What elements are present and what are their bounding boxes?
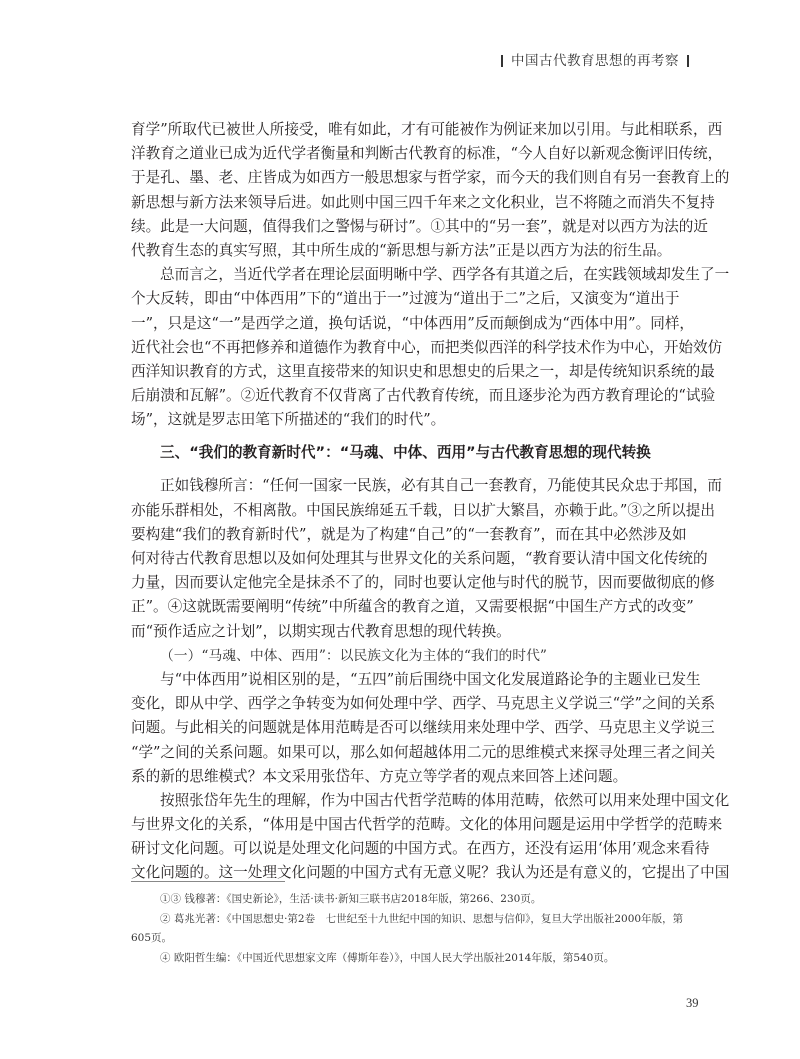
page-number: 39 xyxy=(686,996,699,1011)
text-line: 何对待古代教育思想以及如何处理其与世界文化的关系问题，“教育要认清中国文化传统的 xyxy=(131,547,669,571)
text-line: 而“预作适应之计划”，以期实现古代教育思想的现代转换。 xyxy=(131,620,669,644)
paragraph: 总而言之，当近代学者在理论层面明晰中学、西学各有其道之后，在实践领域却发生了一 … xyxy=(131,263,669,432)
paragraph: 育学”所取代已被世人所接受，唯有如此，才有可能被作为例证来加以引用。与此相联系，… xyxy=(131,118,669,263)
text-line: 代教育生态的真实写照，其中所生成的“新思想与新方法”正是以西方为法的衍生品。 xyxy=(131,239,669,263)
paragraph: 正如钱穆所言：“任何一国家一民族，必有其自己一套教育，乃能使其民众忠于邦国，而 … xyxy=(131,474,669,643)
footnote-marker: ② xyxy=(160,913,171,925)
text-line: 新思想与新方法来领导后进。如此则中国三四千年来之文化积业，岂不将随之而消失不复持 xyxy=(131,191,669,215)
text-line: 场”，这就是罗志田笔下所描述的“我们的时代”。 xyxy=(131,408,669,432)
body-text: 育学”所取代已被世人所接受，唯有如此，才有可能被作为例证来加以引用。与此相联系，… xyxy=(131,118,669,886)
running-head: 中国古代教育思想的再考察 xyxy=(493,49,697,69)
text-line: 后崩溃和瓦解”。②近代教育不仅背离了古代教育传统，而且逐步沦为西方教育理论的“试… xyxy=(131,384,669,408)
footnotes: ①③ 钱穆著：《国史新论》，生活·读书·新知三联书店2018年版，第266、23… xyxy=(131,890,669,968)
text-line: 力量，因而要认定他完全是抹杀不了的，同时也要认定他与时代的脱节，因而要做彻底的修 xyxy=(131,571,669,595)
footnote-marker: ④ xyxy=(160,952,171,964)
footnote: ④ 欧阳哲生编：《中国近代思想家文库（傅斯年卷）》，中国人民大学出版社2014年… xyxy=(131,949,669,969)
text-line: 与“中体西用”说相区别的是，“五四”前后围绕中国文化发展道路论争的主题业已发生 xyxy=(131,668,669,692)
text-line: 育学”所取代已被世人所接受，唯有如此，才有可能被作为例证来加以引用。与此相联系，… xyxy=(131,118,669,142)
paragraph: 与“中体西用”说相区别的是，“五四”前后围绕中国文化发展道路论争的主题业已发生 … xyxy=(131,668,669,789)
footnote-divider xyxy=(131,881,285,882)
text-line: 个大反转，即由“中体西用”下的“道出于一”过渡为“道出于二”之后，又演变为“道出… xyxy=(131,287,669,311)
footnote: ①③ 钱穆著：《国史新论》，生活·读书·新知三联书店2018年版，第266、23… xyxy=(131,890,669,910)
text-line: 总而言之，当近代学者在理论层面明晰中学、西学各有其道之后，在实践领域却发生了一 xyxy=(131,263,669,287)
text-line: 要构建“我们的教育新时代”，就是为了构建“自己”的“一套教育”，而在其中必然涉及… xyxy=(131,523,669,547)
text-line: 正”。④这就既需要阐明“传统”中所蕴含的教育之道，又需要根据“中国生产方式的改变… xyxy=(131,595,669,619)
text-line: 亦能乐群相处，不相离散。中国民族绵延五千载，日以扩大繁昌，亦赖于此。”③之所以提… xyxy=(131,499,669,523)
text-line: 与世界文化的关系，“体用是中国古代哲学的范畴。文化的体用问题是运用中学哲学的范畴… xyxy=(131,813,669,837)
footnote: ② 葛兆光著：《中国思想史·第2卷 七世纪至十九世纪中国的知识、思想与信仰》，复… xyxy=(131,910,669,930)
subsection-heading: （一）“马魂、中体、西用”：以民族文化为主体的“我们的时代” xyxy=(131,644,669,668)
paragraph: 按照张岱年先生的理解，作为中国古代哲学范畴的体用范畴，依然可以用来处理中国文化 … xyxy=(131,789,669,886)
text-line: 正如钱穆所言：“任何一国家一民族，必有其自己一套教育，乃能使其民众忠于邦国，而 xyxy=(131,474,669,498)
footnote-text: 欧阳哲生编：《中国近代思想家文库（傅斯年卷）》，中国人民大学出版社2014年版，… xyxy=(174,952,615,964)
footnote-text: 葛兆光著：《中国思想史·第2卷 七世纪至十九世纪中国的知识、思想与信仰》，复旦大… xyxy=(174,913,683,925)
divider-bar-left xyxy=(501,55,503,67)
text-line: 系的新的思维模式？本文采用张岱年、方克立等学者的观点来回答上述问题。 xyxy=(131,765,669,789)
text-line: 续。此是一大问题，值得我们之警惕与研讨”。①其中的“另一套”，就是对以西方为法的… xyxy=(131,215,669,239)
text-line: 变化，即从中学、西学之争转变为如何处理中学、西学、马克思主义学说三“学”之间的关… xyxy=(131,692,669,716)
divider-bar-right xyxy=(687,55,689,67)
text-line: 问题。与此相关的问题就是体用范畴是否可以继续用来处理中学、西学、马克思主义学说三 xyxy=(131,716,669,740)
section-heading: 三、“我们的教育新时代”：“马魂、中体、西用”与古代教育思想的现代转换 xyxy=(131,441,669,465)
footnote-continuation: 605页。 xyxy=(131,929,669,949)
text-line: 于是孔、墨、老、庄皆成为如西方一般思想家与哲学家，而今天的我们则自有另一套教育上… xyxy=(131,166,669,190)
footnote-marker: ①③ xyxy=(160,893,181,905)
running-head-title: 中国古代教育思想的再考察 xyxy=(511,53,679,69)
text-line: “学”之间的关系问题。如果可以，那么如何超越体用二元的思维模式来探寻处理三者之间… xyxy=(131,741,669,765)
footnote-text: 钱穆著：《国史新论》，生活·读书·新知三联书店2018年版，第266、230页。 xyxy=(184,893,541,905)
text-line: 研讨文化问题。可以说是处理文化问题的中国方式。在西方，还没有运用‘体用’观念来看… xyxy=(131,837,669,861)
text-line: 一”，只是这“一”是西学之道，换句话说，“中体西用”反而颠倒成为“西体中用”。同… xyxy=(131,312,669,336)
text-line: 西洋知识教育的方式，这里直接带来的知识史和思想史的后果之一，却是传统知识系统的最 xyxy=(131,360,669,384)
text-line: 近代社会也“不再把修养和道德作为教育中心，而把类似西洋的科学技术作为中心，开始效… xyxy=(131,336,669,360)
text-line: 按照张岱年先生的理解，作为中国古代哲学范畴的体用范畴，依然可以用来处理中国文化 xyxy=(131,789,669,813)
text-line: 洋教育之道业已成为近代学者衡量和判断古代教育的标准，“今人自好以新观念衡评旧传统… xyxy=(131,142,669,166)
